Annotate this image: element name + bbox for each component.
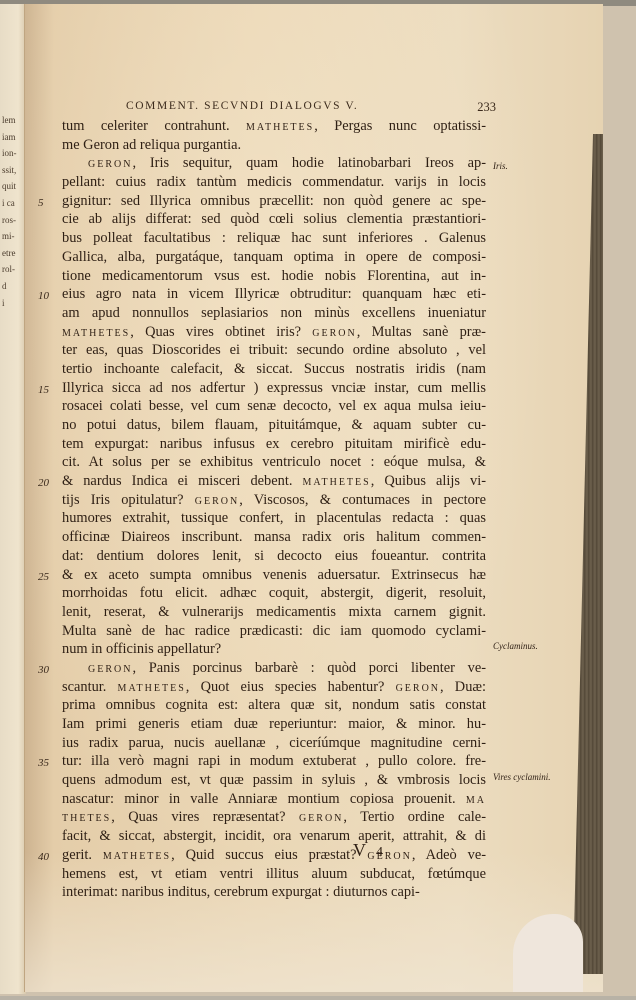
text-line: officinæ Diaireos inscribunt. mansa radi…	[62, 528, 486, 547]
line-text: no potui datus, bilem flauam, pituitámqu…	[62, 417, 486, 433]
line-text: hemens est, vt etiam ventri illitus aluu…	[62, 866, 486, 882]
line-text: , Quibus alijs vi-	[371, 473, 486, 489]
marginal-note: Iris.	[493, 161, 508, 171]
line-text: , Pergas nunc optatissi-	[314, 118, 486, 134]
facing-page-fragment	[2, 328, 20, 345]
line-number: 25	[38, 568, 49, 587]
facing-page-text-fragments: lemiamion-ssit,quiti caros-mi-etrerol-di	[2, 112, 20, 494]
scan-bottom-border	[0, 996, 636, 1000]
text-line: no potui datus, bilem flauam, pituitámqu…	[62, 416, 486, 435]
line-number: 15	[38, 381, 49, 400]
text-line: prima omnibus cognita est: altera quæ si…	[62, 696, 486, 715]
text-line: pellant: cuius radix tantùm medicis comm…	[62, 173, 486, 192]
text-line: Iam primi generis etiam duæ reperiuntur:…	[62, 715, 486, 734]
facing-page-edge: lemiamion-ssit,quiti caros-mi-etrerol-di	[0, 4, 26, 994]
scanner-thumb	[513, 914, 583, 992]
line-number: 30	[38, 661, 49, 680]
line-text: rosacei colati besse, vel cum senæ decoc…	[62, 398, 486, 414]
line-text: me Geron ad reliqua purgantia.	[62, 137, 241, 153]
text-line: tur: illa verò magni rapi in modum extub…	[62, 752, 486, 771]
text-line: tem expurgat: naribus infusus ex cerebro…	[62, 435, 486, 454]
text-line: GERON, Iris sequitur, quam hodie latinob…	[62, 154, 486, 173]
text-line: scantur. MATHETES, Quot eius species hab…	[62, 678, 486, 697]
line-text: lenit, reserat, & vulnerarijs medicament…	[62, 604, 486, 620]
text-line: Gallica, alba, purgatáque, tanquam optim…	[62, 248, 486, 267]
text-line: & nardus Indica ei misceri debent. MATHE…	[62, 472, 486, 491]
text-line: facit, & siccat, abstergit, incidit, ora…	[62, 827, 486, 846]
speaker-name: GERON	[88, 159, 132, 170]
line-text: scantur.	[62, 679, 118, 695]
line-text: Illyrica sicca ad nos adfertur ) express…	[62, 380, 486, 396]
line-text: nascatur: minor in valle Anniaræ montium…	[62, 791, 466, 807]
facing-page-fragment	[2, 378, 20, 395]
speaker-name: GERON	[299, 813, 343, 824]
text-line: cit. At solus per se exhibitus ventricul…	[62, 453, 486, 472]
line-text: tur: illa verò magni rapi in modum extub…	[62, 753, 486, 769]
page-number: 233	[477, 100, 496, 115]
line-text: tijs Iris opitulatur?	[62, 492, 195, 508]
facing-page-fragment: i ca	[2, 195, 20, 212]
line-text: gignitur: sed Illyrica omnibus præcellit…	[62, 193, 486, 209]
line-text: cie ab alijs differat: sed quòd cœli sol…	[62, 211, 486, 227]
text-line: tertio inchoante calefacit, & siccat. Su…	[62, 360, 486, 379]
line-text: & ex aceto sumpta omnibus venenis aduers…	[62, 567, 486, 583]
signature-letter: V	[353, 840, 376, 860]
text-line: rosacei colati besse, vel cum senæ decoc…	[62, 397, 486, 416]
line-text: am apud nonnullos seplasiarios non minùs…	[62, 305, 486, 321]
facing-page-fragment: quit	[2, 178, 20, 195]
marginal-note: Cyclaminus.	[493, 641, 538, 651]
line-text: prima omnibus cognita est: altera quæ si…	[62, 697, 486, 713]
facing-page-fragment: lem	[2, 112, 20, 129]
signature-mark: V4	[353, 840, 393, 861]
line-text: humores extrahit, tussique confert, in p…	[62, 510, 486, 526]
text-line: GERON, Panis porcinus barbarè : quòd por…	[62, 659, 486, 678]
speaker-name: GERON	[312, 328, 356, 339]
line-number: 20	[38, 474, 49, 493]
text-line: humores extrahit, tussique confert, in p…	[62, 509, 486, 528]
line-text: , Quid succus eius præstat?	[171, 847, 367, 863]
speaker-name: MATHETES	[118, 683, 186, 694]
facing-page-fragment	[2, 311, 20, 328]
speaker-name: GERON	[195, 496, 239, 507]
line-text: facit, & siccat, abstergit, incidit, ora…	[62, 828, 486, 844]
line-text: tem expurgat: naribus infusus ex cerebro…	[62, 436, 486, 452]
line-text: , Viscosos, & contumaces in pectore	[239, 492, 486, 508]
line-text: eius agro nata in vicem Illyricæ obtrudi…	[62, 286, 486, 302]
line-text: dat: dentium dolores lenit, si decocto e…	[62, 548, 486, 564]
facing-page-fragment: rol-	[2, 261, 20, 278]
facing-page-fragment: etre	[2, 245, 20, 262]
speaker-name: MATHETES	[246, 122, 314, 133]
line-text: , Iris sequitur, quam hodie latinobarbar…	[132, 155, 486, 171]
speaker-name: MATHETES	[302, 477, 370, 488]
line-text: Multa sanè de hac radice prædicasti: dic…	[62, 623, 486, 639]
speaker-name: THETES	[62, 813, 111, 824]
text-line: ius radix parua, nucis auellanæ , cicerí…	[62, 734, 486, 753]
line-text: ius radix parua, nucis auellanæ , cicerí…	[62, 735, 486, 751]
line-text: tertio inchoante calefacit, & siccat. Su…	[62, 361, 486, 377]
line-text: tum celeriter contrahunt.	[62, 118, 246, 134]
line-text: morrhoidas fotu elicit. adhæc coquit, ab…	[62, 585, 486, 601]
line-number: 10	[38, 287, 49, 306]
text-line: & ex aceto sumpta omnibus venenis aduers…	[62, 566, 486, 585]
line-text: num in officinis appellatur?	[62, 641, 221, 657]
line-text: interimat: naribus inditus, cerebrum exp…	[62, 884, 420, 900]
line-text: , Panis porcinus barbarè : quòd porci li…	[132, 660, 486, 676]
line-text: , Duæ:	[440, 679, 486, 695]
text-line: nascatur: minor in valle Anniaræ montium…	[62, 790, 486, 809]
facing-page-fragment	[2, 427, 20, 444]
text-line: gerit. MATHETES, Quid succus eius præsta…	[62, 846, 486, 865]
text-line: hemens est, vt etiam ventri illitus aluu…	[62, 865, 486, 884]
body-text: tum celeriter contrahunt. MATHETES, Perg…	[62, 117, 486, 902]
text-line: MATHETES, Quas vires obtinet iris? GERON…	[62, 323, 486, 342]
facing-page-fragment: d	[2, 278, 20, 295]
text-line: num in officinis appellatur?	[62, 640, 486, 659]
running-head-title: COMMENT. SECVNDI DIALOGVS V.	[126, 100, 358, 115]
text-line: quens admodum est, vt quæ passim in sylu…	[62, 771, 486, 790]
marginal-note: Vires cyclamini.	[493, 772, 550, 782]
text-line: THETES, Quas vires repræsentat? GERON, T…	[62, 808, 486, 827]
facing-page-fragment	[2, 477, 20, 494]
line-text: officinæ Diaireos inscribunt. mansa radi…	[62, 529, 486, 545]
text-line: me Geron ad reliqua purgantia.	[62, 136, 486, 155]
line-text: & nardus Indica ei misceri debent.	[62, 473, 302, 489]
line-number: 35	[38, 754, 49, 773]
text-line: lenit, reserat, & vulnerarijs medicament…	[62, 603, 486, 622]
signature-number: 4	[376, 845, 393, 860]
running-head: COMMENT. SECVNDI DIALOGVS V. 233	[126, 100, 496, 115]
book-fore-edge	[573, 134, 603, 974]
facing-page-fragment	[2, 344, 20, 361]
facing-page-fragment: mi-	[2, 228, 20, 245]
facing-page-fragment	[2, 444, 20, 461]
text-line: gignitur: sed Illyrica omnibus præcellit…	[62, 192, 486, 211]
facing-page-fragment: ros-	[2, 212, 20, 229]
text-line: dat: dentium dolores lenit, si decocto e…	[62, 547, 486, 566]
line-text: , Multas sanè præ-	[357, 324, 486, 340]
speaker-name: GERON	[396, 683, 440, 694]
facing-page-fragment	[2, 411, 20, 428]
facing-page-fragment: iam	[2, 129, 20, 146]
text-line: Illyrica sicca ad nos adfertur ) express…	[62, 379, 486, 398]
line-text: tione medicamentorum vsus est. hodie nob…	[62, 268, 486, 284]
text-line: tijs Iris opitulatur? GERON, Viscosos, &…	[62, 491, 486, 510]
text-line: interimat: naribus inditus, cerebrum exp…	[62, 883, 486, 902]
text-line: cie ab alijs differat: sed quòd cœli sol…	[62, 210, 486, 229]
facing-page-fragment	[2, 460, 20, 477]
facing-page-fragment: ssit,	[2, 162, 20, 179]
text-line: bus polleat facultatibus : reliquæ hac s…	[62, 229, 486, 248]
text-line: morrhoidas fotu elicit. adhæc coquit, ab…	[62, 584, 486, 603]
text-line: Multa sanè de hac radice prædicasti: dic…	[62, 622, 486, 641]
line-number: 5	[38, 194, 44, 213]
line-text: , Quas vires obtinet iris?	[130, 324, 312, 340]
line-text: ter eas, quas Dioscorides ei tribuit: se…	[62, 342, 486, 358]
line-number: 40	[38, 848, 49, 867]
line-text: , Adeò ve-	[412, 847, 486, 863]
facing-page-fragment: ion-	[2, 145, 20, 162]
text-line: tione medicamentorum vsus est. hodie nob…	[62, 267, 486, 286]
text-line: tum celeriter contrahunt. MATHETES, Perg…	[62, 117, 486, 136]
line-text: Gallica, alba, purgatáque, tanquam optim…	[62, 249, 486, 265]
line-text: gerit.	[62, 847, 103, 863]
line-text: Iam primi generis etiam duæ reperiuntur:…	[62, 716, 486, 732]
speaker-name: MA	[466, 795, 486, 806]
text-line: ter eas, quas Dioscorides ei tribuit: se…	[62, 341, 486, 360]
line-text: , Quot eius species habentur?	[186, 679, 396, 695]
text-line: eius agro nata in vicem Illyricæ obtrudi…	[62, 285, 486, 304]
speaker-name: MATHETES	[62, 328, 130, 339]
speaker-name: GERON	[88, 664, 132, 675]
line-text: cit. At solus per se exhibitus ventricul…	[62, 454, 486, 470]
text-line: am apud nonnullos seplasiarios non minùs…	[62, 304, 486, 323]
line-text: , Tertio ordine cale-	[343, 809, 486, 825]
facing-page-fragment: i	[2, 295, 20, 312]
line-text: bus polleat facultatibus : reliquæ hac s…	[62, 230, 486, 246]
line-text: quens admodum est, vt quæ passim in sylu…	[62, 772, 486, 788]
facing-page-fragment	[2, 394, 20, 411]
line-text: pellant: cuius radix tantùm medicis comm…	[62, 174, 486, 190]
facing-page-fragment	[2, 361, 20, 378]
speaker-name: MATHETES	[103, 851, 171, 862]
line-text: , Quas vires repræsentat?	[111, 809, 299, 825]
